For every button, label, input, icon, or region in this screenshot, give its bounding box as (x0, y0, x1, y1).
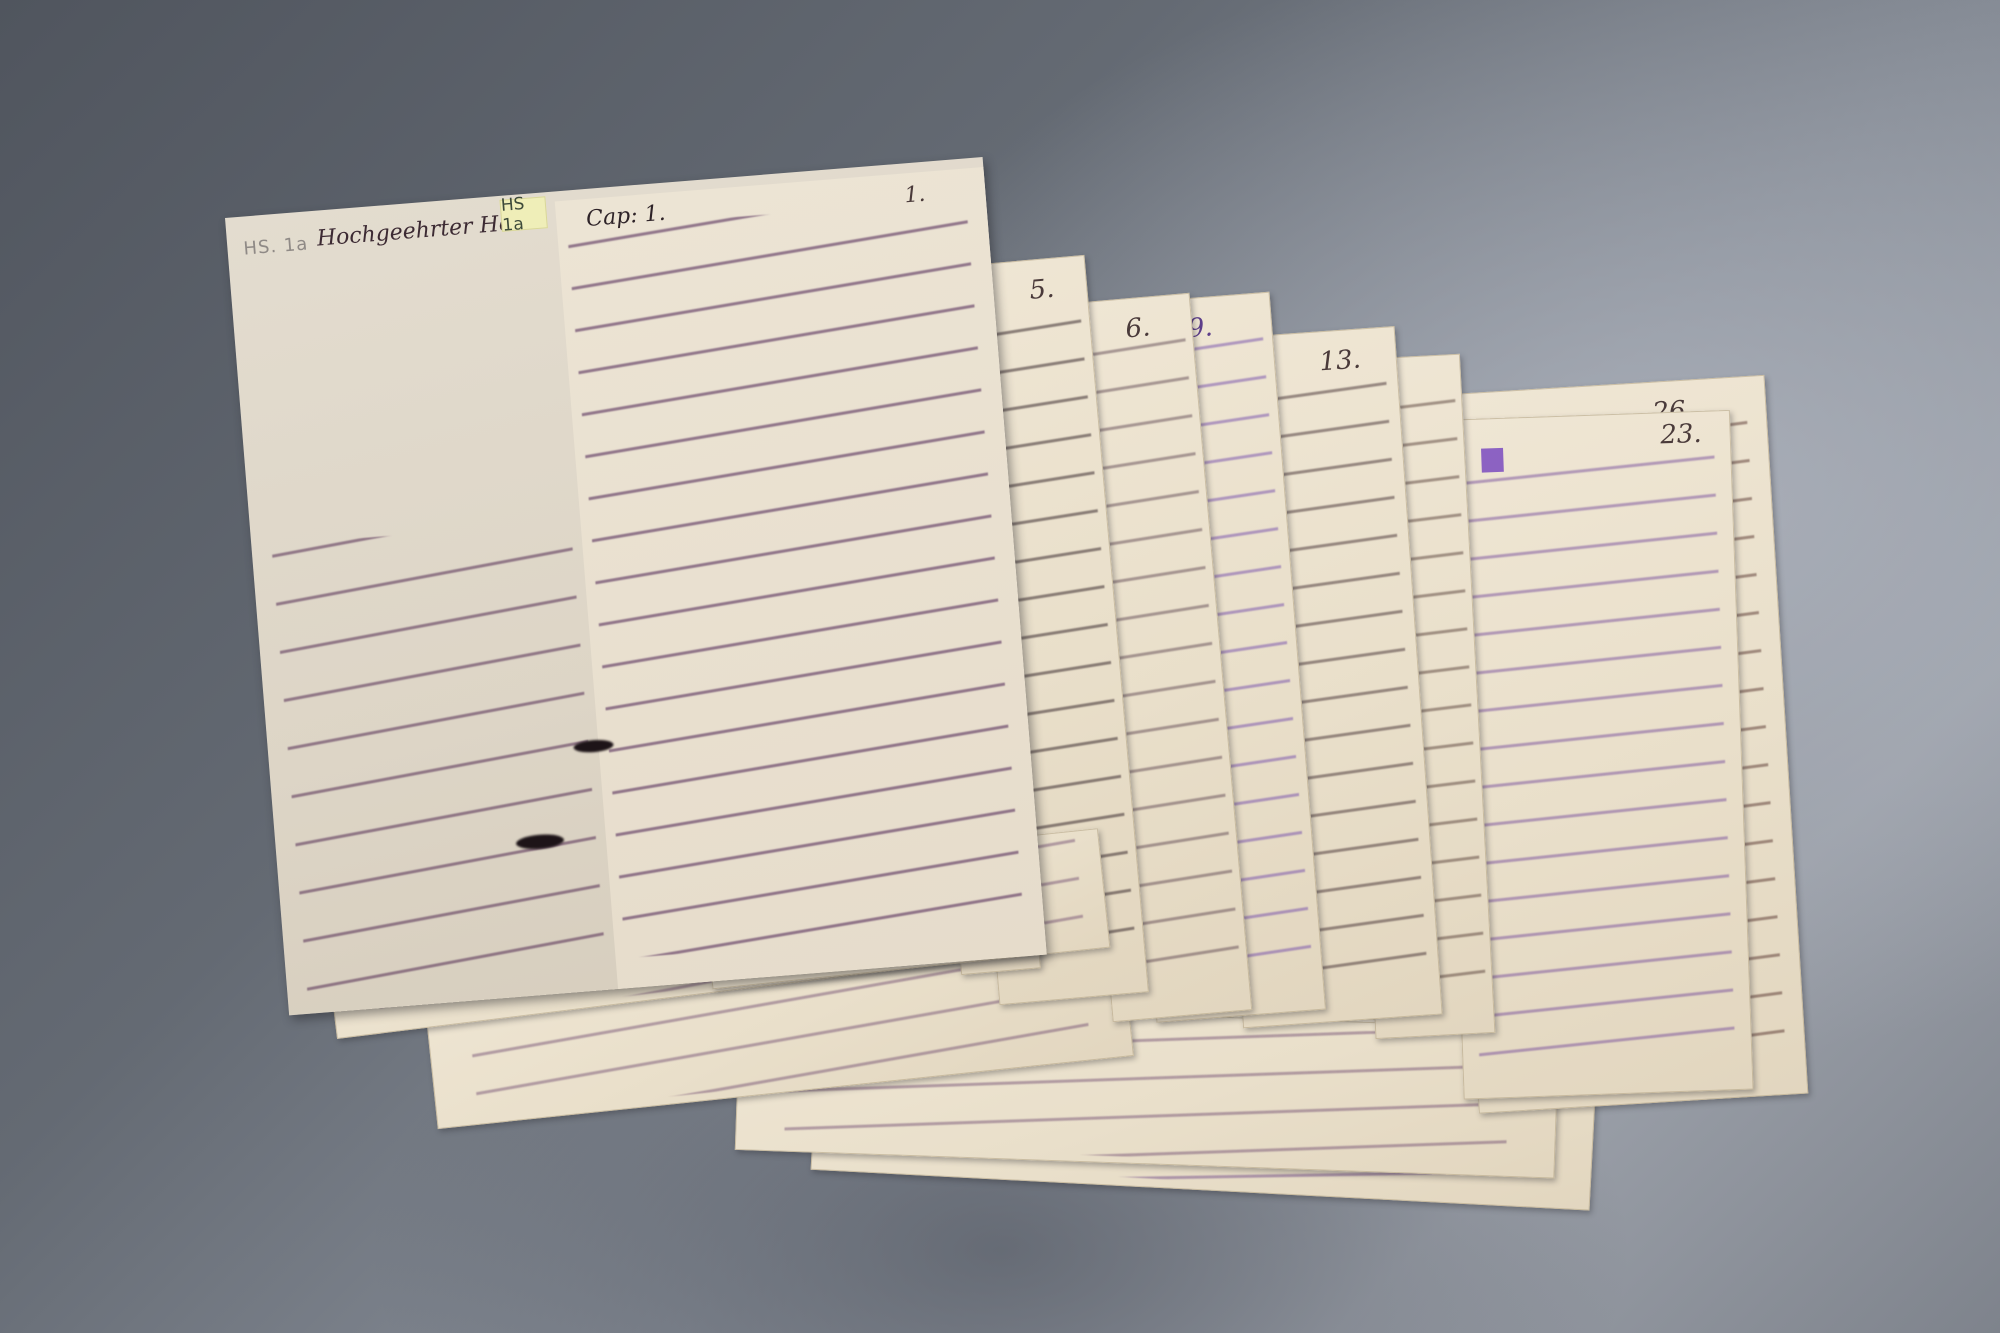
page-number: 23. (1660, 419, 1702, 450)
page-number: 6. (1124, 312, 1151, 344)
archive-sticky-label: HS 1a (499, 196, 547, 232)
handwriting-lines-left-column (271, 521, 606, 994)
page-number: 13. (1318, 345, 1361, 378)
manuscript-photo: 26. 23. 13. 9. 6. 5. HS. 1a Hochgeehrter… (0, 0, 2000, 1333)
page-number: 5. (1028, 274, 1055, 306)
manuscript-front-sheet: HS. 1a Hochgeehrter Herr. HS 1a Cap: 1. … (225, 157, 1047, 1015)
archive-pencil-label: HS. 1a (243, 233, 309, 259)
handwriting-lines (1459, 451, 1735, 1065)
handwriting-lines-right-column (567, 199, 1024, 959)
purple-ink-stain (1481, 448, 1504, 473)
